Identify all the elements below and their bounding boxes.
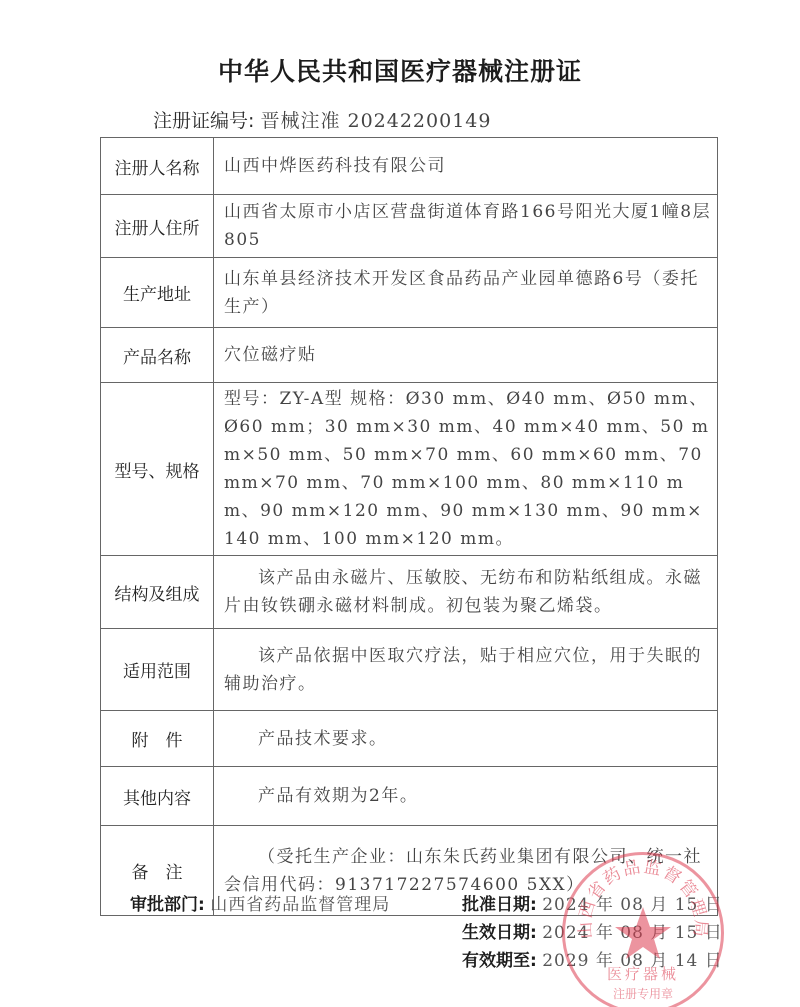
field-value: 型号：ZY-A型 规格：Ø30 mm、Ø40 mm、Ø50 mm、Ø60 mm；… [214, 383, 718, 556]
registration-number-value: 晋械注准 20242200149 [260, 110, 491, 132]
field-label: 注册人名称 [101, 138, 214, 195]
approval-department-label: 审批部门: [130, 895, 205, 915]
field-label: 适用范围 [101, 629, 214, 711]
registration-number: 注册证编号: 晋械注准 20242200149 [153, 106, 491, 133]
table-row: 产品名称穴位磁疗贴 [101, 328, 718, 383]
table-row: 其他内容产品有效期为2年。 [101, 767, 718, 826]
document-title: 中华人民共和国医疗器械注册证 [0, 52, 800, 88]
field-value: 山西省太原市小店区营盘街道体育路166号阳光大厦1幢8层805 [214, 195, 718, 258]
table-row: 适用范围该产品依据中医取穴疗法，贴于相应穴位，用于失眠的辅助治疗。 [101, 629, 718, 711]
table-row: 注册人名称山西中烨医药科技有限公司 [101, 138, 718, 195]
registration-number-label: 注册证编号: [153, 110, 254, 132]
field-label: 结构及组成 [101, 556, 214, 629]
approval-date-label: 批准日期: [462, 895, 537, 915]
field-label: 生产地址 [101, 258, 214, 328]
valid-until-label: 有效期至: [462, 951, 537, 971]
valid-until: 有效期至: 2029 年 08 月 14 日 [462, 946, 723, 971]
approval-date: 批准日期: 2024 年 08 月 15 日 [462, 890, 723, 915]
effective-date: 生效日期: 2024 年 08 月 15 日 [462, 918, 723, 943]
field-value: 山西中烨医药科技有限公司 [214, 138, 718, 195]
approval-date-value: 2024 年 08 月 15 日 [542, 895, 723, 915]
valid-until-value: 2029 年 08 月 14 日 [542, 951, 723, 971]
approval-department: 审批部门: 山西省药品监督管理局 [130, 890, 390, 915]
field-value: 该产品依据中医取穴疗法，贴于相应穴位，用于失眠的辅助治疗。 [214, 629, 718, 711]
effective-date-value: 2024 年 08 月 15 日 [542, 923, 723, 943]
field-label: 型号、规格 [101, 383, 214, 556]
certificate-table: 注册人名称山西中烨医药科技有限公司注册人住所山西省太原市小店区营盘街道体育路16… [100, 137, 718, 916]
field-value: 产品有效期为2年。 [214, 767, 718, 826]
table-row: 结构及组成该产品由永磁片、压敏胶、无纺布和防粘纸组成。永磁片由钕铁硼永磁材料制成… [101, 556, 718, 629]
field-value: 穴位磁疗贴 [214, 328, 718, 383]
table-row: 附 件产品技术要求。 [101, 711, 718, 767]
field-label: 其他内容 [101, 767, 214, 826]
field-label: 附 件 [101, 711, 214, 767]
field-label: 产品名称 [101, 328, 214, 383]
approval-department-value: 山西省药品监督管理局 [210, 895, 390, 915]
effective-date-label: 生效日期: [462, 923, 537, 943]
seal-bottom-text: 注册专用章 [613, 986, 673, 1001]
field-label: 注册人住所 [101, 195, 214, 258]
field-value: 山东单县经济技术开发区食品药品产业园单德路6号（委托生产） [214, 258, 718, 328]
table-row: 型号、规格型号：ZY-A型 规格：Ø30 mm、Ø40 mm、Ø50 mm、Ø6… [101, 383, 718, 556]
table-row: 注册人住所山西省太原市小店区营盘街道体育路166号阳光大厦1幢8层805 [101, 195, 718, 258]
field-value: 该产品由永磁片、压敏胶、无纺布和防粘纸组成。永磁片由钕铁硼永磁材料制成。初包装为… [214, 556, 718, 629]
table-row: 生产地址山东单县经济技术开发区食品药品产业园单德路6号（委托生产） [101, 258, 718, 328]
field-value: 产品技术要求。 [214, 711, 718, 767]
